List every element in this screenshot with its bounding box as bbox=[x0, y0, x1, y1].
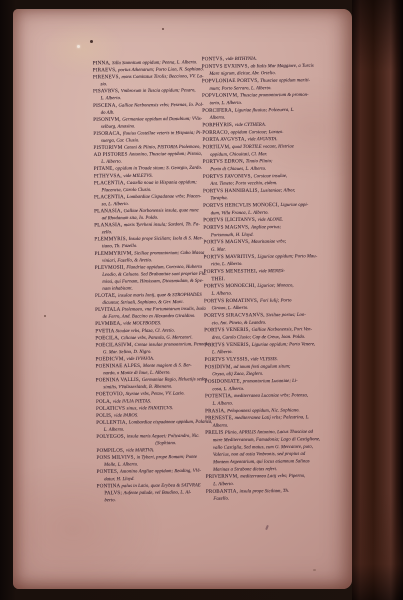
text-line: POLLENTIA, Lombardiae cispadanae oppidum… bbox=[96, 418, 212, 426]
entry-description: Siciliae promontorium; Cabo Massa bbox=[134, 250, 204, 256]
entry-headword: PORTVS VENERIS, bbox=[204, 327, 251, 333]
entry-description: L. Alberto. bbox=[101, 96, 122, 101]
entry-headword: PLEVMOSII, bbox=[95, 264, 127, 270]
entry-description: Thusciae oppidum mariti- bbox=[260, 78, 310, 83]
entry-description: ritio, L. Alberto. bbox=[211, 262, 242, 267]
entry-description: L. Alberto. bbox=[212, 401, 233, 406]
entry-headword: POENINA VALLIS, bbox=[96, 377, 142, 383]
text-line: PIRENEVS, mons Comitatus Tirolis; Beccio… bbox=[93, 73, 209, 81]
text-line: PRENESTE, mediterranea Latij vrbs; Pales… bbox=[205, 414, 320, 422]
entry-description: Siciliae portus; Lon- bbox=[266, 312, 306, 317]
entry-description: Insula prope Siciliam; Isola di S. Mar- bbox=[129, 236, 204, 242]
entry-headword: PVETIA bbox=[95, 328, 115, 334]
entry-headword: PLEMMYRIVM, bbox=[95, 250, 135, 256]
entry-headword: POLA, bbox=[96, 398, 113, 404]
entry-description: za, L. Alberto. bbox=[102, 201, 129, 206]
entry-description: viniari, Fazello, & Aretio. bbox=[102, 258, 152, 263]
entry-description: G. Mar. Selino, D. Nigro. bbox=[103, 349, 152, 354]
entry-description: G. Mar. bbox=[211, 247, 226, 252]
entry-description: Valerius, non ad ostia Vmbronis, sed pro… bbox=[213, 452, 305, 458]
entry-headword: PISORACA, bbox=[93, 131, 123, 137]
entry-headword: PROBANTIA, bbox=[206, 488, 240, 494]
entry-headword: PORTVS SIRACVSANVS, bbox=[204, 312, 266, 318]
entry-headword: PRASIA, bbox=[205, 408, 227, 414]
entry-description: zio. bbox=[100, 82, 107, 87]
entry-description: Galliae Narbonensis insula, quae nunc bbox=[124, 208, 199, 214]
text-line: PLACENTIA, Lombardiae Cispadanae vrbs; P… bbox=[94, 193, 210, 201]
entry-description: Montem Argentarium, qui locus etiamnum S… bbox=[213, 459, 310, 465]
entry-description: suerga, Car. Clusio. bbox=[101, 138, 140, 143]
entry-description: mare Mediterraneum, Famadonia; Lago di C… bbox=[213, 437, 320, 443]
entry-description: Silla Samnitum oppidum; Penna, L. Albert… bbox=[112, 60, 197, 66]
entry-description: Alberto. bbox=[213, 423, 229, 428]
entry-description: Ant. Timeto; Porto vecchio, eidem. bbox=[210, 181, 277, 187]
text-line: POTENTIA, mediterranea Lucaniae vrbs; Po… bbox=[205, 392, 320, 400]
entry-description: Ciliciae vrbs, Panzola, G. Mercatori. bbox=[121, 335, 193, 341]
entry-description: Flandriae oppidum, Cortraco, Huberto bbox=[126, 264, 202, 270]
entry-headword: PORTVS VLYSSIS, bbox=[205, 356, 251, 362]
entry-headword: PALVS; bbox=[104, 490, 123, 496]
entry-description: Liguriae; Monaco, bbox=[257, 283, 293, 288]
entry-headword: PLANASIA, bbox=[94, 208, 124, 214]
entry-description: vallo Castiglia, Sed maius, cum G. Merca… bbox=[213, 444, 313, 450]
entry-description: vide BITHYNIA. bbox=[225, 56, 256, 61]
entry-description: Tinnio Plinio; bbox=[246, 159, 273, 164]
book-page: PINNA, Silla Samnitum oppidum; Penna, L.… bbox=[13, 9, 352, 589]
entry-headword: PLACENTIA, bbox=[94, 194, 127, 200]
entry-headword: PORTVS MAGNVS, bbox=[203, 239, 251, 245]
entry-description: mediterranea Lucaniae vrbs; Potenza, bbox=[234, 393, 308, 399]
entry-headword: PORTVS HANNIBALIS, bbox=[203, 188, 261, 194]
entry-description: cosa, L. Alberto. bbox=[212, 386, 244, 391]
entry-description: portus Athenarum; Porto Lion, N. Sophian… bbox=[118, 67, 204, 73]
entry-headword: PORTVS MAGNVS, bbox=[203, 224, 251, 230]
entry-description: Liguriae oppidum; Porto Venere, bbox=[252, 342, 316, 348]
entry-headword: POENINAE ALPES, bbox=[96, 363, 143, 369]
entry-description: Liguriae oppi- bbox=[280, 202, 308, 207]
text-line: missi, qui Furnam, Hinsissam, Dicasmudam… bbox=[95, 277, 211, 285]
entry-headword: PITANE, bbox=[94, 166, 116, 172]
entry-description: dres, Carolo Clusio; Cap de Creux, Ioan.… bbox=[212, 334, 305, 340]
entry-description: mons Comitatus Tirolis; Becciono, VV. La… bbox=[121, 74, 203, 80]
entry-headword: PORTVS MENESTHEI, bbox=[204, 268, 259, 274]
entry-headword: PORTVS EDRON, bbox=[203, 158, 246, 164]
entry-description: ad Rhodanum sita, Io. Poldo. bbox=[102, 215, 159, 221]
entry-description: Alberto. bbox=[210, 115, 226, 120]
entry-headword: PONTES, bbox=[97, 469, 120, 475]
entry-description: Plinio, APRILIS Antonino, Lacus Thusciae… bbox=[225, 429, 313, 435]
entry-headword: POMPILOS, bbox=[96, 448, 126, 454]
entry-description: in Tyberi, prope Romam; Ponte bbox=[137, 454, 197, 460]
entry-description: ab Italis Mar Maggiore, a Turcis bbox=[251, 63, 314, 69]
entry-description: L. Alberto. bbox=[101, 159, 122, 164]
entry-headword: PORTVS MAVRITIVS, bbox=[204, 254, 258, 260]
entry-headword: PRIVERNVM, bbox=[206, 474, 241, 480]
entry-headword: POLLENTIA, bbox=[96, 419, 129, 425]
text-line: PLEMMYRIVM, Siciliae promontorium; Cabo … bbox=[95, 249, 211, 257]
entry-description: Aufente palude, vel Baudino, L. Al- bbox=[123, 490, 191, 496]
entry-headword: PIRENEVS, bbox=[93, 74, 122, 80]
entry-headword: PLACENTIA, bbox=[94, 180, 127, 186]
entry-description: zello. bbox=[102, 230, 112, 235]
text-line: Fazello. bbox=[206, 494, 321, 502]
entry-headword: PORPHYRIS, bbox=[202, 122, 235, 128]
entry-description: Liguriae oppidum; Porto Mau- bbox=[257, 254, 317, 260]
entry-description: Lombardiae Cispadanae vrbs; Piacen- bbox=[127, 194, 202, 200]
entry-headword: PISCENA, bbox=[93, 102, 118, 108]
entry-headword: PORTA AVGVSTA, bbox=[202, 136, 247, 142]
entry-description: Cretae insulae promontorium, Pennalo, bbox=[134, 342, 210, 348]
entry-description: Germaniae Regio, Heluetijs sedes bbox=[142, 377, 207, 383]
entry-headword: PIRAEVS, bbox=[93, 67, 118, 73]
entry-description: mediterranea Latij vrbs; Piperno, bbox=[240, 474, 305, 480]
entry-description: Castella noua in Hispania oppidum; bbox=[127, 180, 197, 186]
text-line: PRIVERNVM, mediterranea Latij vrbs; Pipe… bbox=[206, 472, 321, 480]
entry-headword: PORTVS FAVONIVS, bbox=[203, 173, 254, 179]
entry-description: Fazello. bbox=[213, 496, 229, 501]
entry-headword: POLATICVS bbox=[96, 405, 127, 411]
entry-headword: THEI. bbox=[211, 276, 225, 282]
entry-description: insulae maris Ionij, quae & STROPHADES bbox=[118, 292, 202, 298]
left-column: PINNA, Silla Samnitum oppidum; Penna, L.… bbox=[93, 59, 213, 504]
entry-description: oppidum, Chiouitati, Cl. Mar. bbox=[210, 151, 267, 157]
entry-description: Leodio, & Caluato. Sed Brabantiae sunt p… bbox=[102, 271, 207, 277]
entry-description: Liguriae fluuius; Polceuera, L. bbox=[235, 107, 295, 113]
entry-description: Porto di Chiaues, L. Alberto. bbox=[210, 166, 266, 172]
entry-headword: POSIDIVM, bbox=[205, 364, 234, 370]
text-line: berto. bbox=[97, 496, 213, 504]
entry-headword: PLEMMYRIS, bbox=[94, 236, 128, 242]
entry-description: Lombardiae cispadanae oppidum, Palanza, bbox=[129, 419, 213, 425]
text-line: PLEMMYRIS, Insula prope Siciliam; Isola … bbox=[94, 235, 210, 243]
entry-description: dicuntur, Striuali, Sophiano, & Ger. Mar… bbox=[103, 300, 184, 306]
entry-headword: POPVLONIVM, bbox=[202, 93, 240, 99]
text-line: PLANASIA, maris Tyrrheni insula; Sardoni… bbox=[94, 221, 210, 229]
entry-description: Corsicae insulae, bbox=[254, 173, 288, 178]
text-line: PLACENTIA, Castella noua in Hispania opp… bbox=[94, 179, 210, 187]
entry-headword: PLOTAE, bbox=[95, 293, 118, 299]
entry-description: Siculae vrbs, Plaza, Cl. Aretio. bbox=[116, 328, 175, 334]
entry-headword: PORTVS ROMATINVS, bbox=[204, 298, 260, 304]
entry-description: L. Alberto. bbox=[211, 291, 232, 296]
entry-headword: POLYEGOS, bbox=[96, 434, 126, 440]
entry-headword: PISTORIVM bbox=[94, 145, 124, 151]
entry-description: selburg, Amasino. bbox=[101, 124, 136, 129]
entry-description: oppidum Corsicae; Larazo. bbox=[231, 129, 284, 135]
entry-description: Galliae Narbonensis vrbs; Pesenas, Io. P… bbox=[118, 102, 203, 108]
entry-description: Germaniae oppidum ad Danubium; VVis- bbox=[122, 116, 202, 122]
entry-description: Molle, L. Alberto. bbox=[104, 462, 138, 467]
entry-description: vide MARTVA. bbox=[126, 448, 154, 453]
entry-description: dum, Villa Franca, L. Alberto. bbox=[211, 210, 269, 216]
entry-description: Oryza, alij Zaca, Zieglero. bbox=[212, 371, 263, 376]
entry-description: ad imum freti angulum situm; bbox=[234, 364, 291, 370]
entry-headword: PLVITALA bbox=[95, 307, 122, 313]
entry-description: do Alb. bbox=[101, 110, 115, 115]
entry-headword: PITHYVSA, bbox=[94, 173, 124, 179]
entry-headword: PORRACO, bbox=[202, 129, 230, 135]
entry-description: nam inhabitant. bbox=[102, 286, 132, 291]
entry-description: promontorium Lucaniae; Li- bbox=[243, 378, 298, 384]
entry-headword: PORTVS VENERIS, bbox=[204, 342, 251, 348]
entry-headword: PONTVS, bbox=[202, 56, 226, 62]
text-line: POECILASIVM, Cretae insulae promontorium… bbox=[95, 341, 211, 349]
entry-description: Mauritaniae vrbs; bbox=[251, 239, 286, 244]
entry-headword: PISAVRVS, bbox=[93, 88, 121, 94]
entry-headword: POEDICVM, bbox=[96, 356, 127, 362]
entry-description: Vmbrorum in Tuscia oppidum; Pesaro, bbox=[121, 88, 196, 94]
text-line: PISONIVM, Germaniae oppidum ad Danubium;… bbox=[93, 115, 209, 123]
text-line: PORTVS MAVRITIVS, Liguriae oppidum; Port… bbox=[204, 253, 319, 261]
text-line: PORTVS VENERIS, Liguriae oppidum; Porto … bbox=[204, 340, 319, 348]
entry-description: cio, Ant. Pineto, & Leandro. bbox=[212, 320, 267, 326]
entry-description: vide MILETVS. bbox=[123, 173, 153, 178]
entry-description: Mare nigrum, dicitur, Abr. Ortelio. bbox=[209, 71, 276, 77]
text-block: PINNA, Silla Samnitum oppidum; Penna, L.… bbox=[10, 7, 355, 590]
entry-description: mum; Porto Serraro, L. Alberto. bbox=[209, 85, 271, 91]
entry-headword: PORTVS MONOECHI, bbox=[204, 283, 258, 289]
entry-description: Styriae vrbs, Petaw, VV. Lazio. bbox=[126, 391, 185, 397]
text-line: PISAVRVS, Vmbrorum in Tuscia oppidum; Pe… bbox=[93, 87, 209, 95]
entry-description: tiano, Th. Fazello. bbox=[102, 244, 138, 249]
entry-description: maris Tyrrheni insula; Sardoni, Th. Fa- bbox=[124, 222, 200, 228]
entry-description: Peloponnesi oppidum, Nic. Sophiano. bbox=[227, 408, 300, 414]
entry-description: Tarapha. bbox=[211, 196, 228, 201]
entry-headword: PINNA, bbox=[93, 60, 112, 66]
entry-description: fluuius Castellae veteris in Hispania; P… bbox=[123, 130, 202, 136]
entry-headword: PORTVS ILICITANVS, bbox=[203, 217, 258, 223]
entry-description: L. Alberto. bbox=[213, 482, 234, 487]
entry-description: (Sophiano. bbox=[155, 441, 176, 446]
entry-description: missi, qui Furnam, Hinsissam, Dicasmudam… bbox=[102, 278, 203, 284]
entry-description: Ptolemaeo, vna Fortunatarum insulis, Iso… bbox=[122, 306, 206, 312]
book-photo: PINNA, Silla Samnitum oppidum; Penna, L.… bbox=[0, 0, 403, 600]
entry-headword: PLVMBEA, bbox=[95, 321, 123, 327]
entry-description: vide VLYSSIS. bbox=[250, 357, 277, 362]
entry-headword: PORCIFERA, bbox=[202, 107, 235, 113]
entry-description: Antonino, Thusciae oppidum; Pistoia, bbox=[129, 151, 202, 157]
entry-headword: POECILA, bbox=[95, 335, 121, 341]
entry-headword: PONTINA bbox=[97, 483, 122, 489]
right-column: PONTVS, vide BITHYNIA.PONTVS EVXINVS, ab… bbox=[202, 55, 321, 503]
entry-description: Galliae Narbonensis, Port Ven- bbox=[252, 327, 313, 333]
entry-description: mediterranea Latij vrbs; Palestrina, L. bbox=[235, 415, 310, 421]
entry-description: nardo, o Monte di Ioue, L. Alberto. bbox=[103, 370, 170, 376]
entry-description: sinus, vide FANATICVS. bbox=[126, 405, 173, 410]
entry-headword: PONS MILVIVS, bbox=[96, 455, 136, 461]
entry-description: vide PAROS. bbox=[114, 413, 138, 418]
entry-description: Angliae portus; bbox=[251, 225, 281, 230]
entry-description: Portsmouth, H. Lloyd. bbox=[211, 232, 254, 237]
entry-description: L. Alberto. bbox=[212, 350, 233, 355]
entry-headword: POPVLONIAE PORTVS, bbox=[202, 78, 260, 84]
entry-description: insula prope Siciliam, Th. bbox=[239, 488, 289, 493]
entry-headword: PRELIS bbox=[205, 430, 225, 436]
entry-description: Antonino Angliae oppidum; Reading, VVi- bbox=[120, 469, 201, 475]
entry-headword: POETOVIO, bbox=[96, 391, 126, 397]
entry-description: vide IVLIA PIETAS. bbox=[113, 399, 151, 404]
entry-description: Girauo, L. Alberto. bbox=[212, 306, 249, 311]
entry-description: Thusciae promontorium & promon- bbox=[240, 92, 309, 98]
text-line: PISORACA, fluuius Castellae veteris in H… bbox=[93, 129, 209, 137]
text-line: PISCENA, Galliae Narbonensis vrbs; Pesen… bbox=[93, 101, 209, 109]
entry-description: Lusitaniae; Albor, bbox=[260, 188, 295, 193]
text-line: PONTES, Antonino Angliae oppidum; Readin… bbox=[97, 467, 213, 475]
entry-headword: PLANASIA, bbox=[94, 222, 124, 228]
entry-headword: PONTVS EVXINVS, bbox=[202, 63, 251, 69]
entry-description: berto. bbox=[104, 498, 115, 503]
entry-description: quod TORTILE vocant, Histriae bbox=[232, 144, 294, 150]
entry-description: datur, H. Lloyd. bbox=[104, 476, 134, 481]
entry-headword: POLIS, bbox=[96, 413, 114, 419]
entry-description: torio, L. Alberto. bbox=[210, 100, 243, 105]
entry-description: Catoni & Plinio, PISTORIA Ptolemaeo, bbox=[124, 144, 201, 150]
entry-description: Fori Iulij; Porto bbox=[260, 298, 292, 303]
entry-description: palus in Latio, quae Erybea & SATVRAE bbox=[122, 483, 201, 489]
entry-headword: PORTILVM, bbox=[203, 144, 233, 150]
entry-headword: AD PISTORES bbox=[94, 152, 129, 158]
entry-description: Monte magiore di S. Ber- bbox=[143, 363, 192, 368]
entry-description: vide MENES- bbox=[259, 269, 285, 274]
entry-headword: POSIDONIATE, bbox=[205, 378, 243, 384]
entry-description: vide AVGVSTA. bbox=[248, 137, 278, 142]
text-line: AD PISTORES Antonino, Thusciae oppidum; … bbox=[94, 150, 210, 158]
entry-headword: PISONIVM, bbox=[93, 116, 122, 122]
entry-description: vide ALONE. bbox=[258, 217, 284, 222]
entry-description: similis, VValisserlandt, B. Rhenano. bbox=[103, 384, 172, 390]
entry-description: vide CYTHERA. bbox=[235, 122, 266, 127]
entry-description: Marinas a Strabone dictas refert. bbox=[213, 466, 277, 472]
entry-description: vide IVVAVIA. bbox=[126, 356, 154, 361]
entry-description: oppidum in Troade situm; S. Georgio, Zar… bbox=[115, 166, 202, 172]
book-gutter-shadow bbox=[352, 0, 403, 600]
text-line: PONS MILVIVS, in Tyberi, prope Romam; Po… bbox=[96, 453, 212, 461]
entry-headword: POECILASIVM, bbox=[95, 342, 134, 348]
entry-description: de Ferro, And. Baccino ex Alexandro Gira… bbox=[103, 314, 196, 320]
entry-headword: PORTVS HERCVLIS MONOECI, bbox=[203, 202, 280, 208]
entry-headword: POTENTIA, bbox=[205, 393, 234, 399]
entry-description: vide MOLYBODES. bbox=[123, 321, 161, 326]
entry-description: L. Alberto. bbox=[104, 427, 125, 432]
entry-description: Placencia, Carolo Clusio. bbox=[101, 187, 151, 192]
entry-description: insula maris Aegaei; Policandro, Nic. bbox=[127, 433, 200, 439]
text-line: POPVLONIVM, Thusciae promontorium & prom… bbox=[202, 91, 317, 99]
entry-headword: PRENESTE, bbox=[205, 415, 235, 421]
